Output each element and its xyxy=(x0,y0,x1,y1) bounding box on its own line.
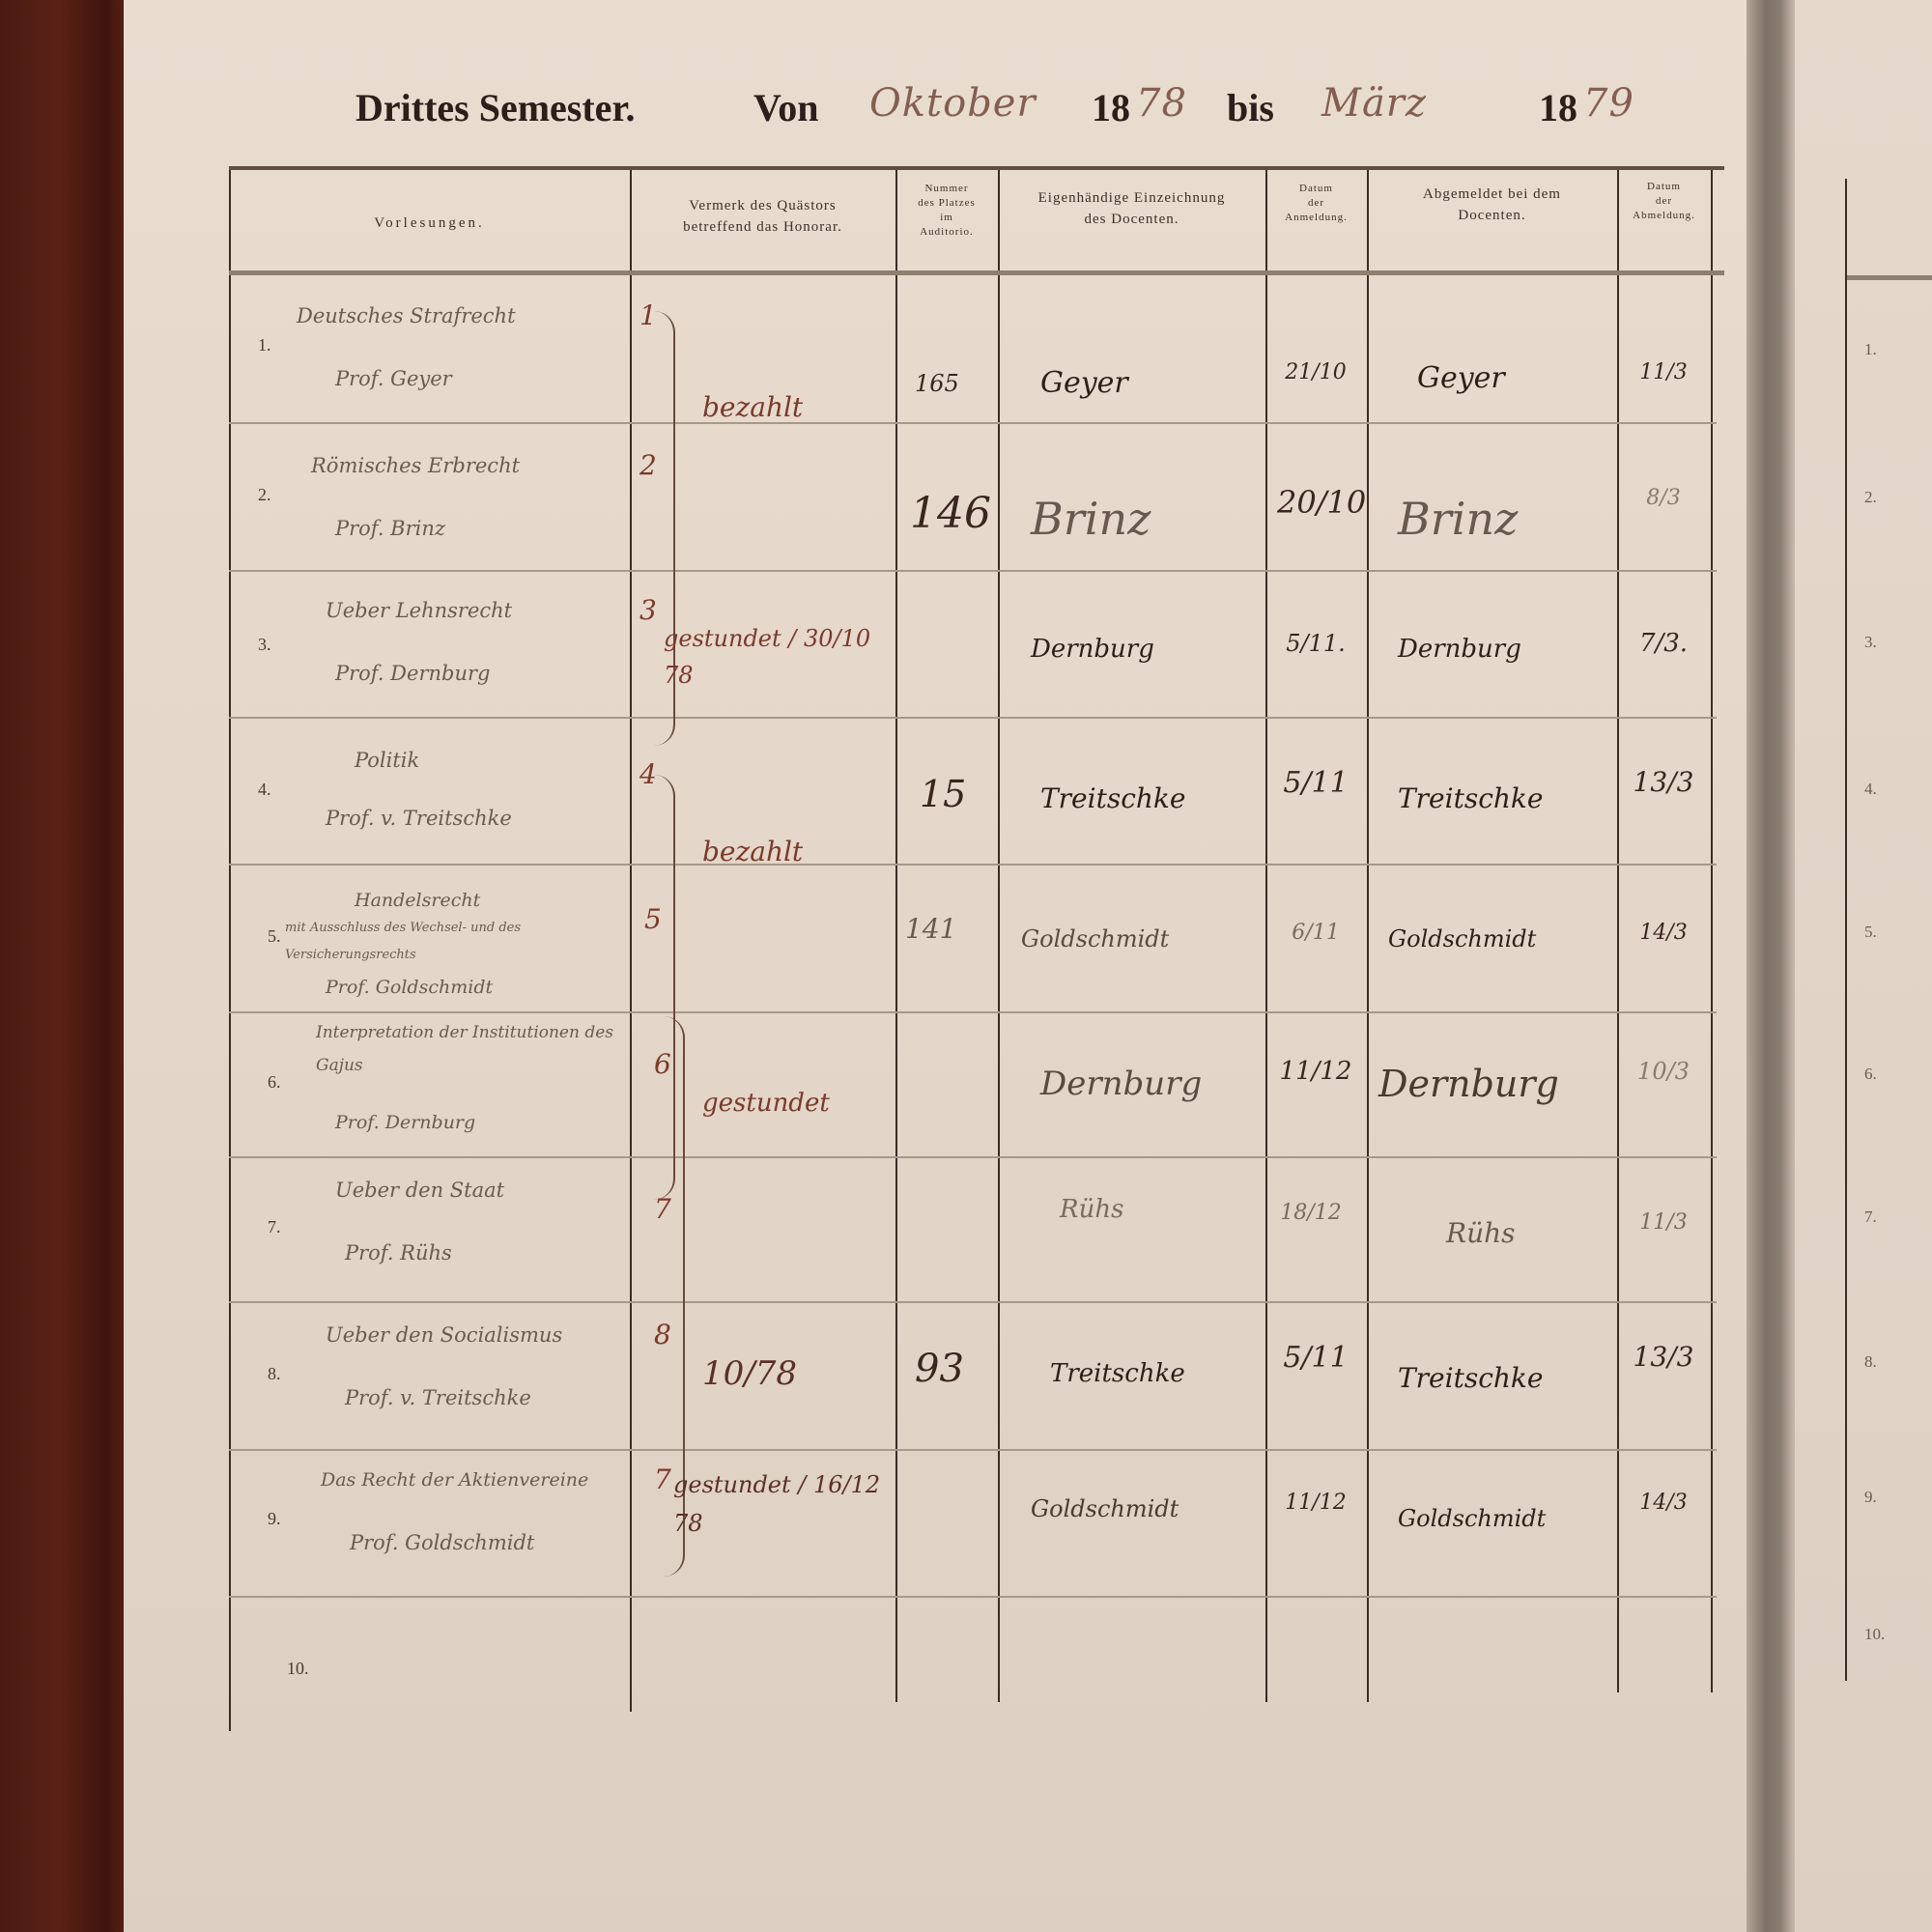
lecture-professor: Prof. v. Treitschke xyxy=(345,1378,531,1417)
seat-number: 15 xyxy=(920,775,966,813)
lecturer-signature: Goldschmidt xyxy=(1021,920,1169,958)
header-dereg: Abgemeldet bei dem Docenten. xyxy=(1367,184,1617,226)
registration-date: 5/11 xyxy=(1277,765,1354,802)
deregistration-date: 14/3 xyxy=(1630,920,1697,947)
quaestor-mark: 5 xyxy=(644,900,662,939)
row-number: 8. xyxy=(268,1364,281,1384)
header-quaestor-line1: Vermerk des Quästors xyxy=(630,195,895,216)
deregistration-signature: Dernburg xyxy=(1378,1065,1559,1103)
quaestor-note: bezahlt xyxy=(702,388,803,427)
quaestor-note: 10/78 xyxy=(702,1354,797,1393)
row-rule xyxy=(229,1156,1717,1158)
row-number: 4. xyxy=(1864,780,1877,799)
from-month: Oktober xyxy=(869,81,1037,126)
header-reg-date-line1: Datum xyxy=(1265,182,1367,196)
row-number: 9. xyxy=(268,1509,281,1529)
registration-date: 5/11 xyxy=(1277,1340,1354,1377)
header-dereg-line2: Docenten. xyxy=(1367,205,1617,226)
header-dereg-line1: Abgemeldet bei dem xyxy=(1367,184,1617,205)
lecture-professor: Prof. Brinz xyxy=(335,509,445,548)
table-border-left xyxy=(229,166,231,1731)
deregistration-signature: Dernburg xyxy=(1398,630,1521,668)
row-rule xyxy=(229,570,1717,572)
quaestor-note: gestundet / 16/12 78 xyxy=(673,1465,895,1543)
row-number: 6. xyxy=(268,1072,281,1093)
lecturer-signature: Brinz xyxy=(1031,499,1151,538)
lecturer-signature: Dernburg xyxy=(1031,630,1154,668)
registration-date: 18/12 xyxy=(1272,1200,1350,1227)
row-number: 2. xyxy=(1864,488,1877,507)
header-reg-date-line2: der xyxy=(1265,196,1367,211)
column-divider xyxy=(998,166,1000,1702)
from-year-prefix: 18 xyxy=(1092,85,1130,130)
to-year-prefix: 18 xyxy=(1539,85,1577,130)
right-page-table xyxy=(1845,179,1932,1681)
row-number: 10. xyxy=(1864,1625,1885,1644)
lecture-professor: Prof. Geyer xyxy=(335,359,452,398)
column-divider xyxy=(1265,166,1267,1702)
quaestor-mark: 8 xyxy=(654,1316,671,1354)
lecture-registration-table: Vorlesungen. Vermerk des Quästors betref… xyxy=(229,166,1724,1731)
deregistration-signature: Goldschmidt xyxy=(1388,920,1536,958)
from-label: Von xyxy=(753,85,818,130)
column-divider xyxy=(1367,166,1369,1702)
column-divider xyxy=(630,166,632,1712)
quaestor-mark: 2 xyxy=(639,446,657,485)
row-number: 3. xyxy=(1864,633,1877,652)
quaestor-mark: 6 xyxy=(654,1045,671,1084)
lecture-professor: Prof. Goldschmidt xyxy=(350,1523,534,1562)
header-dereg-date-line3: Abmeldung. xyxy=(1617,209,1711,223)
lecture-title: Ueber den Staat xyxy=(335,1171,504,1209)
deregistration-signature: Rühs xyxy=(1446,1214,1516,1253)
header-seat-line2: des Platzes xyxy=(895,196,998,211)
lecturer-signature: Rühs xyxy=(1060,1190,1123,1229)
lecture-professor: Prof. Dernburg xyxy=(335,1103,475,1142)
row-number: 6. xyxy=(1864,1065,1877,1084)
deregistration-date: 13/3 xyxy=(1630,765,1697,800)
quaestor-note: gestundet / 30/10 78 xyxy=(664,620,886,694)
from-year-suffix: 78 xyxy=(1136,81,1187,126)
row-number: 5. xyxy=(268,926,281,947)
registration-date: 11/12 xyxy=(1277,1490,1354,1517)
deregistration-date: 8/3 xyxy=(1630,485,1697,512)
header-rule xyxy=(229,270,1724,275)
row-number: 1. xyxy=(258,335,271,355)
row-number: 10. xyxy=(287,1659,309,1679)
registration-date: 6/11 xyxy=(1277,920,1354,947)
book-gutter xyxy=(1747,0,1795,1932)
header-dereg-date-line1: Datum xyxy=(1617,180,1711,194)
header-quaestor-line2: betreffend das Honorar. xyxy=(630,216,895,238)
deregistration-date: 14/3 xyxy=(1630,1490,1697,1517)
lecturer-signature: Dernburg xyxy=(1040,1065,1202,1103)
deregistration-signature: Geyer xyxy=(1417,359,1505,398)
header-signature-line2: des Docenten. xyxy=(998,209,1265,230)
lecture-title: Römisches Erbrecht xyxy=(311,446,520,485)
quaestor-mark: 1 xyxy=(639,297,657,335)
seat-number: 93 xyxy=(915,1350,964,1388)
header-dereg-date-line2: der xyxy=(1617,194,1711,209)
row-number: 2. xyxy=(258,485,271,505)
quaestor-mark: 4 xyxy=(639,755,657,794)
lecture-title: Handelsrecht xyxy=(355,881,480,920)
registration-date: 20/10 xyxy=(1277,485,1354,520)
header-reg-date-line3: Anmeldung. xyxy=(1265,211,1367,225)
lecturer-signature: Treitschke xyxy=(1040,780,1185,818)
lecture-title: Politik xyxy=(355,741,419,780)
lecturer-signature: Treitschke xyxy=(1050,1354,1185,1393)
deregistration-signature: Treitschke xyxy=(1398,780,1543,818)
lecture-subtitle: mit Ausschluss des Wechsel- und des Vers… xyxy=(285,915,623,969)
table-border-right xyxy=(1711,166,1713,1692)
table-top-rule xyxy=(229,166,1724,170)
quaestor-mark: 3 xyxy=(639,591,657,630)
registration-date: 5/11. xyxy=(1277,630,1354,657)
quaestor-note: bezahlt xyxy=(702,833,803,871)
semester-label: Drittes Semester. xyxy=(355,85,636,130)
column-divider xyxy=(895,166,897,1702)
semester-heading: Drittes Semester. Von Oktober 18 78 bis … xyxy=(355,85,1650,143)
header-quaestor: Vermerk des Quästors betreffend das Hono… xyxy=(630,195,895,238)
row-number: 8. xyxy=(1864,1352,1877,1372)
header-signature-line1: Eigenhändige Einzeichnung xyxy=(998,187,1265,209)
row-rule xyxy=(229,717,1717,719)
lecturer-signature: Goldschmidt xyxy=(1031,1490,1179,1528)
row-rule xyxy=(229,1011,1717,1013)
lecture-professor: Prof. Rühs xyxy=(345,1234,452,1272)
seat-number: 146 xyxy=(910,495,991,533)
deregistration-date: 7/3. xyxy=(1630,630,1697,657)
registration-date: 21/10 xyxy=(1277,359,1354,386)
to-label: bis xyxy=(1227,85,1274,130)
header-lectures: Vorlesungen. xyxy=(229,213,630,234)
seat-number: 141 xyxy=(905,910,956,949)
deregistration-date: 13/3 xyxy=(1630,1340,1697,1375)
row-rule xyxy=(229,1301,1717,1303)
seat-number: 165 xyxy=(915,364,959,403)
header-reg-date: Datum der Anmeldung. xyxy=(1265,182,1367,225)
lecture-title: Ueber den Socialismus xyxy=(326,1316,562,1354)
to-month: März xyxy=(1321,81,1427,126)
quaestor-mark: 7 xyxy=(654,1461,671,1499)
row-number: 4. xyxy=(258,780,271,800)
registration-date: 11/12 xyxy=(1277,1055,1354,1088)
header-seat-line3: im xyxy=(895,211,998,225)
quaestor-note: gestundet xyxy=(702,1084,830,1122)
column-divider xyxy=(1617,166,1619,1692)
lecture-professor: Prof. Dernburg xyxy=(335,654,490,693)
deregistration-signature: Treitschke xyxy=(1398,1359,1543,1398)
row-number: 7. xyxy=(1864,1207,1877,1227)
to-year-suffix: 79 xyxy=(1583,81,1634,126)
deregistration-date: 10/3 xyxy=(1630,1055,1697,1088)
row-rule xyxy=(229,422,1717,424)
row-rule xyxy=(229,1449,1717,1451)
header-seat-line4: Auditorio. xyxy=(895,225,998,240)
deregistration-date: 11/3 xyxy=(1630,359,1697,386)
lecture-title: Ueber Lehnsrecht xyxy=(326,591,512,630)
header-seat: Nummer des Platzes im Auditorio. xyxy=(895,182,998,240)
row-number: 9. xyxy=(1864,1488,1877,1507)
quaestor-mark: 7 xyxy=(654,1190,671,1229)
header-seat-line1: Nummer xyxy=(895,182,998,196)
header-signature: Eigenhändige Einzeichnung des Docenten. xyxy=(998,187,1265,230)
row-rule xyxy=(229,1596,1717,1598)
row-number: 3. xyxy=(258,635,271,655)
deregistration-date: 11/3 xyxy=(1630,1209,1697,1236)
header-dereg-date: Datum der Abmeldung. xyxy=(1617,180,1711,223)
deregistration-signature: Brinz xyxy=(1398,499,1518,538)
lecture-title: Das Recht der Aktienvereine xyxy=(321,1461,588,1499)
row-number: 1. xyxy=(1864,340,1877,359)
lecture-title: Deutsches Strafrecht xyxy=(297,297,516,335)
row-number: 5. xyxy=(1864,923,1877,942)
row-number: 7. xyxy=(268,1217,281,1237)
lecture-professor: Prof. Goldschmidt xyxy=(326,968,493,1007)
row-rule xyxy=(229,864,1717,866)
deregistration-signature: Goldschmidt xyxy=(1398,1499,1546,1538)
lecture-title: Interpretation der Institutionen des Gaj… xyxy=(316,1016,625,1082)
lecture-professor: Prof. v. Treitschke xyxy=(326,799,512,838)
lecturer-signature: Geyer xyxy=(1040,364,1128,403)
header-rule xyxy=(1847,275,1932,280)
